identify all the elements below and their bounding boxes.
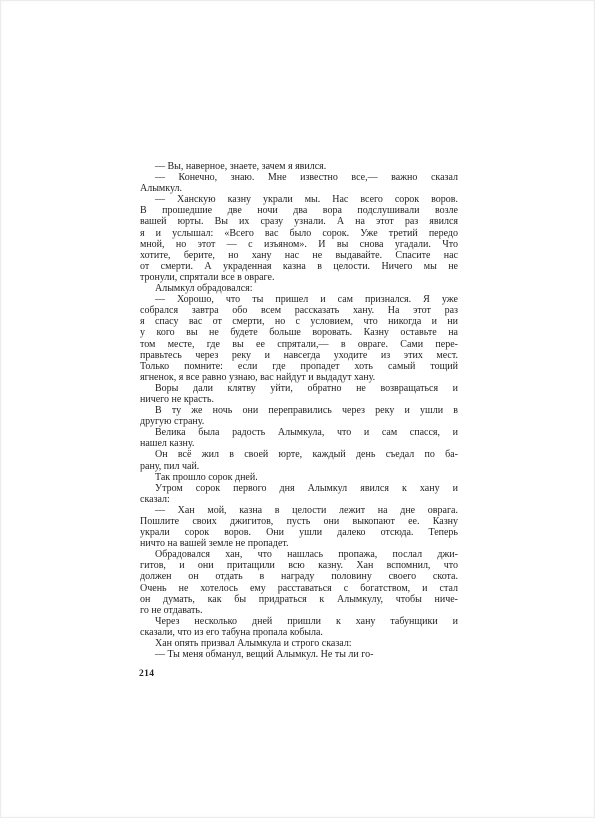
text-line: Велика была радость Алымкула, что и сам … (140, 427, 458, 438)
text-line: Только помните: если где пропадет хоть с… (140, 361, 458, 372)
text-line: правьтесь через реку и навсегда уходите … (140, 350, 458, 361)
text-line: Обрадовался хан, что нашлась пропажа, по… (140, 549, 458, 560)
text-line: — Хорошо, что ты пришел и сам признался.… (140, 294, 458, 305)
text-line: том месте, где вы ее спрятали,— в овраге… (140, 339, 458, 350)
text-line: нашел казну. (140, 438, 458, 449)
text-line: ничего не красть. (140, 394, 458, 405)
text-line: у кого вы не будете больше воровать. Каз… (140, 327, 458, 338)
text-line: Он всё жил в своей юрте, каждый день съе… (140, 449, 458, 460)
text-line: мной, но этот — с изъяном». И вы снова у… (140, 239, 458, 250)
text-line: Утром сорок первого дня Алымкул явился к… (140, 483, 458, 494)
text-line: сказали, что из его табуна пропала кобыл… (140, 627, 458, 638)
text-line: Алымкул. (140, 183, 458, 194)
text-line: — Вы, наверное, знаете, зачем я явился. (140, 161, 458, 172)
text-line: — Хан мой, казна в целости лежит на дне … (140, 505, 458, 516)
page-text-block: — Вы, наверное, знаете, зачем я явился.—… (140, 161, 458, 660)
text-line: Воры дали клятву уйти, обратно не возвра… (140, 383, 458, 394)
text-line: от смерти. А украденная казна в целости.… (140, 261, 458, 272)
text-line: Очень не хотелось ему расставаться с бог… (140, 583, 458, 594)
text-line: Пошлите своих джигитов, пусть они выкопа… (140, 516, 458, 527)
text-line: украли сорок воров. Они ушли далеко отсю… (140, 527, 458, 538)
text-line: Так прошло сорок дней. (140, 472, 458, 483)
text-line: вашей юрты. Вы их сразу узнали. А на это… (140, 216, 458, 227)
text-line: В прошедшие две ночи два вора подслушива… (140, 205, 458, 216)
text-line: он думать, как бы придраться к Алымкулу,… (140, 594, 458, 605)
text-line: Хан опять призвал Алымкула и строго сказ… (140, 638, 458, 649)
text-line: я и услышал: «Всего вас было сорок. Уже … (140, 228, 458, 239)
text-line: рану, пил чай. (140, 461, 458, 472)
text-line: — Ханскую казну украли мы. Нас всего сор… (140, 194, 458, 205)
text-line: В ту же ночь они переправились через рек… (140, 405, 458, 416)
text-line: — Ты меня обманул, вещий Алымкул. Не ты … (140, 649, 458, 660)
text-line: я спасу вас от смерти, но с условием, чт… (140, 316, 458, 327)
text-line: сказал: (140, 494, 458, 505)
text-line: — Конечно, знаю. Мне известно все,— важн… (140, 172, 458, 183)
text-line: должен он отдать в награду половину свое… (140, 571, 458, 582)
text-line: тронули, спрятали все в овраге. (140, 272, 458, 283)
text-line: гитов, и они притащили всю казну. Хан вс… (140, 560, 458, 571)
text-line: собрался завтра обо всем рассказать хану… (140, 305, 458, 316)
book-page: — Вы, наверное, знаете, зачем я явился.—… (0, 0, 595, 818)
text-line: другую страну. (140, 416, 458, 427)
text-line: ягненок, я все равно узнаю, вас найдут и… (140, 372, 458, 383)
page-number: 214 (139, 669, 154, 679)
text-line: ничто на вашей земле не пропадет. (140, 538, 458, 549)
text-line: Алымкул обрадовался: (140, 283, 458, 294)
text-line: хотите, берите, но хану нас не выдавайте… (140, 250, 458, 261)
text-line: го не отдавать. (140, 605, 458, 616)
text-line: Через несколько дней пришли к хану табун… (140, 616, 458, 627)
